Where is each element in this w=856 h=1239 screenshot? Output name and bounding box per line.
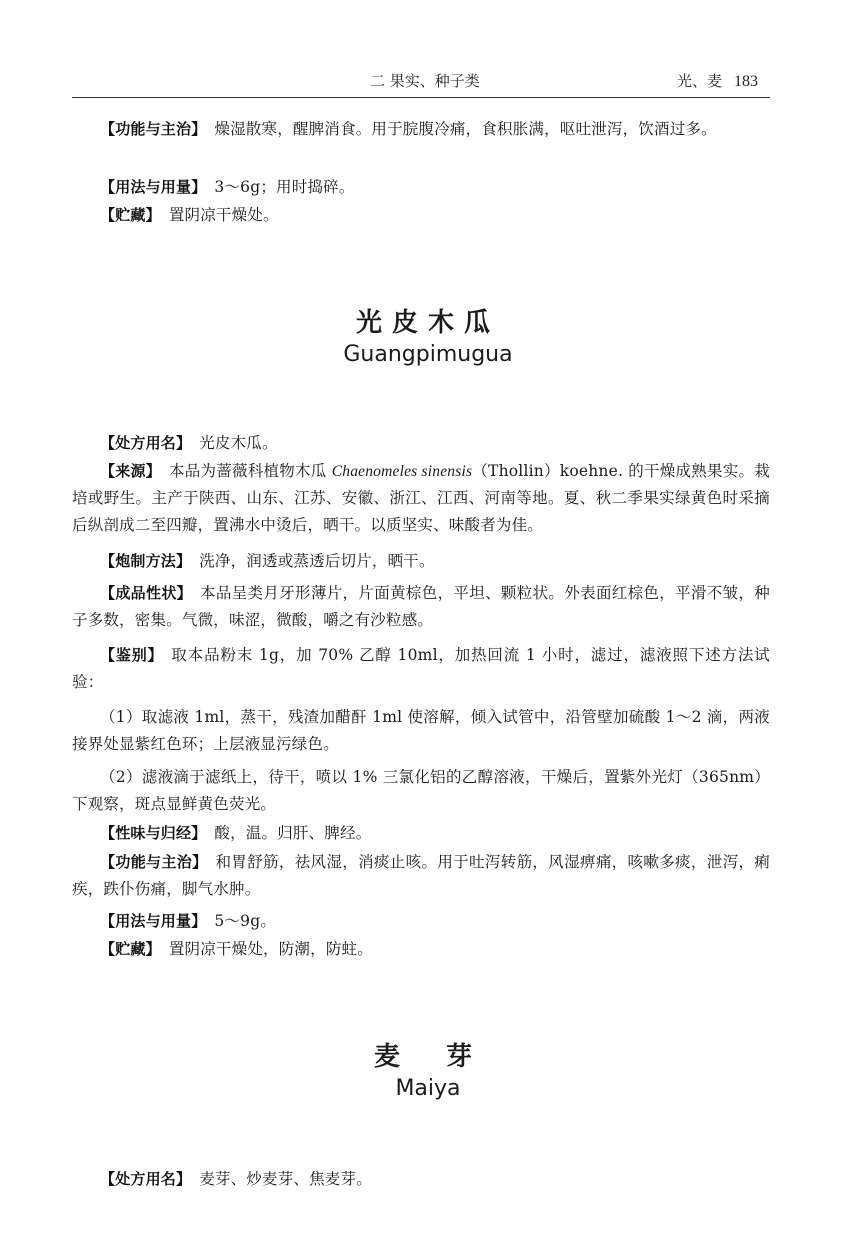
- entry-paragraph: 【用法与用量】5～9g。: [72, 908, 770, 935]
- header-rule: [72, 97, 770, 98]
- identification-step-1: （1）取滤液 1ml，蒸干，残渣加醋酐 1ml 使溶解，倾入试管中，沿管壁加硫酸…: [72, 704, 770, 758]
- section-label: 【用法与用量】: [100, 912, 206, 930]
- section-label: 【处方用名】: [100, 434, 191, 452]
- section-text: 麦芽、炒麦芽、焦麦芽。: [199, 1170, 372, 1188]
- entry-paragraph: 【贮藏】置阴凉干燥处。: [72, 202, 770, 229]
- section-label: 【炮制方法】: [100, 552, 191, 570]
- section-label: 【贮藏】: [100, 206, 161, 224]
- section-text: 本品为蔷薇科植物木瓜: [169, 462, 332, 480]
- section-label: 【功能与主治】: [100, 853, 207, 871]
- section-label: 【成品性状】: [100, 584, 192, 602]
- latin-name: Chaenomeles sinensis: [332, 463, 473, 480]
- section-text: （1）取滤液 1ml，蒸干，残渣加醋酐 1ml 使溶解，倾入试管中，沿管壁加硫酸…: [72, 708, 770, 753]
- entry-paragraph: 【贮藏】置阴凉干燥处，防潮，防蛀。: [72, 936, 770, 963]
- section-label: 【贮藏】: [100, 940, 161, 958]
- entry-title-pinyin: Maiya: [0, 1076, 856, 1101]
- entry-paragraph: 【鉴别】取本品粉末 1g，加 70% 乙醇 10ml，加热回流 1 小时，滤过，…: [72, 642, 770, 696]
- entry-paragraph: 【功能与主治】和胃舒筋，祛风湿，消痰止咳。用于吐泻转筋，风湿痹痛，咳嗽多痰，泄泻…: [72, 849, 770, 903]
- section-text: 置阴凉干燥处。: [169, 206, 279, 224]
- section-label: 【功能与主治】: [100, 120, 206, 138]
- running-head-text: 光、麦: [677, 72, 722, 90]
- entry-paragraph: 【功能与主治】燥湿散寒，醒脾消食。用于脘腹冷痛，食积胀满，呕吐泄泻，饮酒过多。: [72, 116, 770, 143]
- section-label: 【处方用名】: [100, 1170, 191, 1188]
- section-label: 【来源】: [100, 462, 161, 480]
- entry-paragraph: 【用法与用量】3～6g；用时捣碎。: [72, 174, 770, 201]
- entry-title-pinyin: Guangpimugua: [0, 342, 856, 367]
- section-label: 【鉴别】: [100, 646, 163, 664]
- entry-paragraph: 【炮制方法】洗净，润透或蒸透后切片，晒干。: [72, 548, 770, 575]
- running-head: 光、麦183: [677, 70, 758, 91]
- entry-title-chinese: 光皮木瓜: [0, 302, 856, 339]
- section-label: 【用法与用量】: [100, 178, 206, 196]
- entry-paragraph: 【来源】本品为蔷薇科植物木瓜 Chaenomeles sinensis（Thol…: [72, 458, 770, 539]
- section-text: 取本品粉末 1g，加 70% 乙醇 10ml，加热回流 1 小时，滤过，滤液照下…: [72, 646, 770, 691]
- entry-paragraph: 【处方用名】光皮木瓜。: [72, 430, 770, 457]
- section-text: 燥湿散寒，醒脾消食。用于脘腹冷痛，食积胀满，呕吐泄泻，饮酒过多。: [214, 120, 716, 138]
- chapter-title: 二 果实、种子类: [370, 70, 480, 91]
- entry-paragraph: 【性味与归经】酸，温。归肝、脾经。: [72, 820, 770, 847]
- page-header: 二 果实、种子类 光、麦183: [72, 66, 770, 96]
- entry-paragraph: 【成品性状】本品呈类月牙形薄片，片面黄棕色，平坦、颗粒状。外表面红棕色，平滑不皱…: [72, 580, 770, 634]
- section-text: 5～9g。: [214, 912, 276, 930]
- page-number: 183: [734, 73, 758, 90]
- identification-step-2: （2）滤液滴于滤纸上，待干，喷以 1% 三氯化铝的乙醇溶液，干燥后，置紫外光灯（…: [72, 764, 770, 818]
- section-text: 置阴凉干燥处，防潮，防蛀。: [169, 940, 373, 958]
- section-text: （2）滤液滴于滤纸上，待干，喷以 1% 三氯化铝的乙醇溶液，干燥后，置紫外光灯（…: [72, 768, 770, 813]
- section-text: 3～6g；用时捣碎。: [214, 178, 354, 196]
- section-label: 【性味与归经】: [100, 824, 206, 842]
- section-text: 酸，温。归肝、脾经。: [214, 824, 371, 842]
- entry-paragraph: 【处方用名】麦芽、炒麦芽、焦麦芽。: [72, 1166, 770, 1193]
- section-text: 洗净，润透或蒸透后切片，晒干。: [199, 552, 435, 570]
- section-text: 光皮木瓜。: [199, 434, 278, 452]
- entry-title-chinese: 麦 芽: [0, 1036, 856, 1073]
